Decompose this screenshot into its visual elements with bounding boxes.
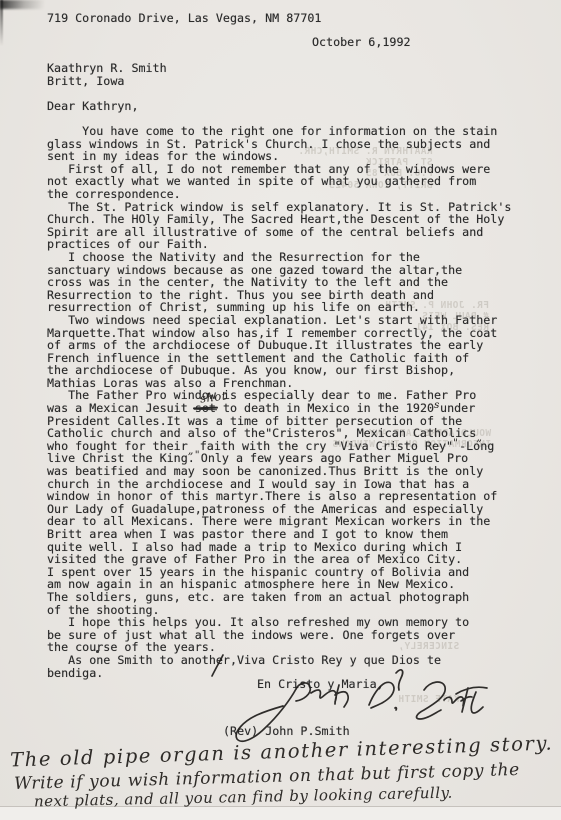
body-line: I hope this helps you. It also refreshed… bbox=[47, 616, 511, 629]
scanned-letter-page: KAATHRYN R. SMITH,CHR. ST. PATRICK P.O. … bbox=[0, 0, 561, 820]
body-line: sent in my ideas for the windows. bbox=[47, 150, 511, 163]
body-line: was beatified and may soon be canonized.… bbox=[47, 465, 511, 478]
salutation: Dear Kathryn, bbox=[47, 100, 138, 113]
body-line: You have come to the right one for infor… bbox=[47, 125, 511, 138]
typed-signature: (Rev) John P.Smith bbox=[223, 725, 350, 738]
body-line: window in honor of this martyr.There is … bbox=[47, 490, 511, 503]
scan-corner-smudge bbox=[0, 0, 44, 9]
body-line: visited the grave of Father Pro in the a… bbox=[47, 553, 511, 566]
body-line: As one Smith to another,Viva Cristo Rey … bbox=[47, 654, 511, 667]
stray-ink-dot bbox=[96, 650, 99, 653]
body-line: of arms of the archdiocese of Dubuque.It… bbox=[47, 339, 511, 352]
body-line: Two windows need special explanation. Le… bbox=[47, 314, 511, 327]
body-line: Catholic church and also of the"Cristero… bbox=[47, 427, 511, 440]
body-line: the archdiocese of Dubuque. As you know,… bbox=[47, 364, 511, 377]
closing-line: En Cristo y Maria, bbox=[257, 678, 384, 691]
body-line: I choose the Nativity and the Resurrecti… bbox=[47, 251, 511, 264]
sender-address: 719 Coronado Drive, Las Vegas, NM 87701 bbox=[47, 12, 321, 25]
recipient-name: Kaathryn R. Smith bbox=[47, 62, 167, 75]
body-line: The soldiers, guns, etc. are taken from … bbox=[47, 591, 511, 604]
letter-date: October 6,1992 bbox=[312, 36, 411, 49]
bleed-through-text: KATE SMITH bbox=[398, 694, 459, 705]
body-line: cross was in the center, the Nativity to… bbox=[47, 276, 511, 289]
recipient-city: Britt, Iowa bbox=[47, 75, 124, 88]
body-line: Church. The HOly Family, The Sacred Hear… bbox=[47, 213, 511, 226]
body-line: the correspondence. bbox=[47, 188, 511, 201]
body-line: Britt area when I was pastor there and I… bbox=[47, 528, 511, 541]
scan-left-edge-shadow bbox=[0, 0, 3, 46]
body-line: was a Mexican Jesuit sotshot to death in… bbox=[47, 402, 511, 415]
letter-body: You have come to the right one for infor… bbox=[47, 125, 511, 679]
